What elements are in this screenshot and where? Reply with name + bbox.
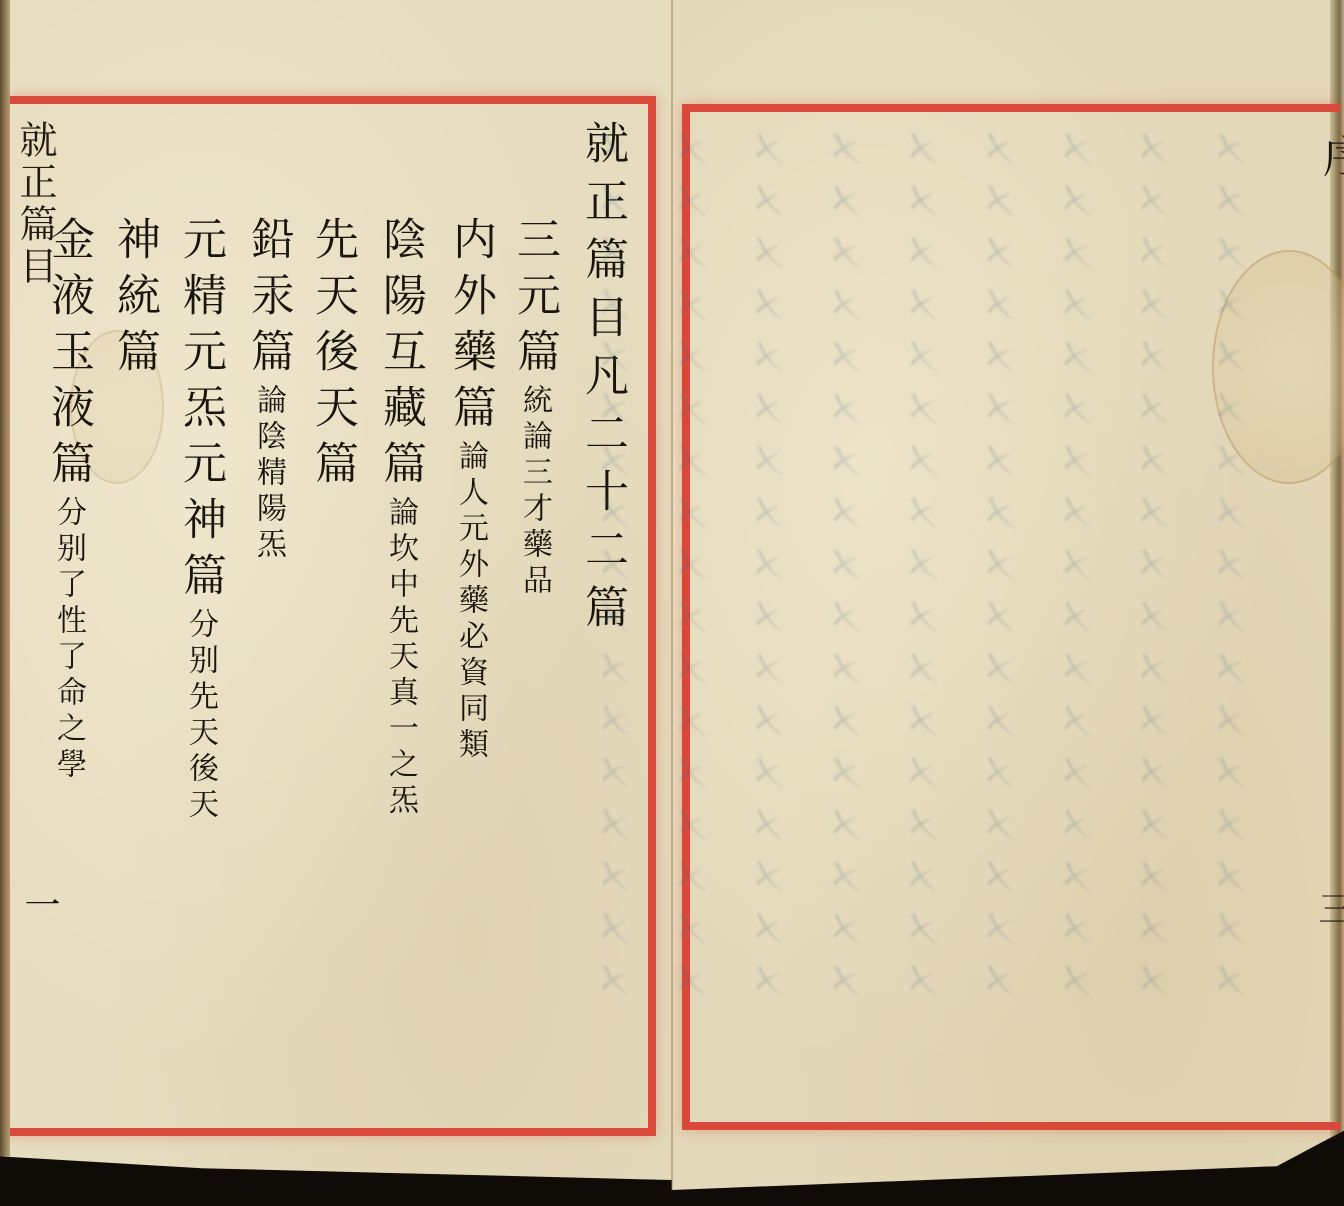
- entry-title: 内外藥篇: [445, 216, 496, 440]
- entry-xiantian-houtian: 先天後天篇: [310, 216, 354, 496]
- entry-note: 論坎中先天真一之炁: [385, 496, 415, 820]
- open-book-spread: 就正篇目 一 就正篇目凡二十二篇 三元篇統論三才藥品 内外藥篇論人元外藥必資同類…: [0, 0, 1344, 1206]
- entry-shentong: 神統篇: [112, 216, 156, 384]
- preface-header: 序: [1308, 134, 1344, 178]
- entry-title: 陰陽互藏篇: [375, 216, 426, 496]
- entry-title: 金液玉液篇: [43, 216, 94, 496]
- entry-yuanjing-yuanqi-yuanshen: 元精元炁元神篇分别先天後天: [178, 216, 222, 824]
- entry-title: 神統篇: [109, 216, 160, 384]
- entry-note: 論陰精陽炁: [253, 384, 283, 564]
- entry-title: 先天後天篇: [307, 216, 358, 496]
- entry-note: 分别先天後天: [185, 608, 215, 824]
- folio-mark-right: 三: [1308, 890, 1344, 926]
- entry-title: 鉛汞篇: [243, 216, 294, 384]
- entry-sanyuan: 三元篇統論三才藥品: [512, 216, 556, 600]
- bleed-through-text: 㐅㐅㐅㐅㐅㐅㐅㐅㐅㐅㐅㐅㐅㐅㐅㐅㐅 㐅㐅㐅㐅㐅㐅㐅㐅㐅㐅㐅㐅㐅㐅㐅㐅㐅 㐅㐅㐅㐅…: [720, 130, 1260, 1090]
- entry-neiwaiyao: 内外藥篇論人元外藥必資同類: [448, 216, 492, 764]
- entry-qiangong: 鉛汞篇論陰精陽炁: [246, 216, 290, 564]
- entry-title: 三元篇: [509, 216, 560, 384]
- entry-title: 元精元炁元神篇: [175, 216, 226, 608]
- entry-note: 統論三才藥品: [519, 384, 549, 600]
- entry-jinye-yuye: 金液玉液篇分别了性了命之學: [46, 216, 90, 784]
- entry-note: 論人元外藥必資同類: [455, 440, 485, 764]
- entry-note: 分别了性了命之學: [53, 496, 83, 784]
- entry-yinyang-huzang: 陰陽互藏篇論坎中先天真一之炁: [378, 216, 422, 820]
